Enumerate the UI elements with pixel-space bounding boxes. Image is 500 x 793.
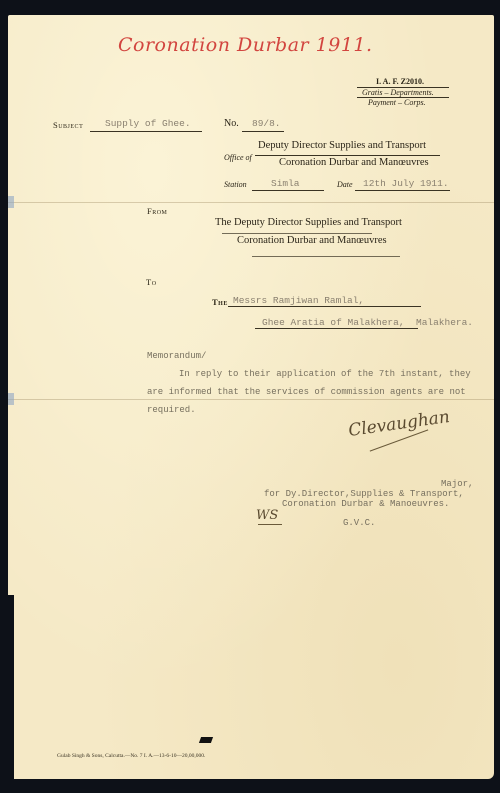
typist-reference: G.V.C. — [343, 518, 375, 528]
office-line1: Deputy Director Supplies and Transport — [258, 140, 426, 151]
form-payment-line: Payment – Corps. — [368, 98, 426, 107]
memo-line3: required. — [147, 405, 196, 415]
tape-mark — [8, 196, 14, 208]
memo-line2: are informed that the services of commis… — [147, 387, 466, 397]
printer-imprint: Gulab Singh & Sons, Calcutta.—No. 7 I. A… — [57, 753, 205, 759]
initials-underline — [258, 524, 282, 525]
tape-mark — [8, 393, 14, 405]
to-label: To — [146, 277, 157, 287]
from-line1: The Deputy Director Supplies and Transpo… — [215, 217, 402, 228]
date-value: 12th July 1911. — [363, 178, 449, 189]
to-line2-place: Malakhera. — [416, 317, 473, 328]
memo-heading: Memorandum/ — [147, 351, 206, 361]
from-label: From — [147, 206, 167, 216]
office-label: Office of — [224, 153, 252, 162]
station-value: Simla — [271, 178, 300, 189]
office-underline — [255, 155, 440, 156]
station-underline — [252, 190, 324, 191]
station-label: Station — [224, 180, 247, 189]
form-code: I. A. F. Z2010. — [376, 77, 424, 86]
to-underline — [228, 306, 421, 307]
subject-value: Supply of Ghee. — [105, 118, 191, 129]
to-line2: Ghee Aratia of Malakhera, — [262, 317, 405, 328]
signatory-line2: Coronation Durbar & Manoeuvres. — [282, 499, 449, 509]
signatory-line1: for Dy.Director,Supplies & Transport, — [264, 489, 464, 499]
divider — [222, 233, 372, 234]
torn-edge — [8, 595, 14, 780]
ink-blot — [199, 737, 213, 743]
document-heading: Coronation Durbar 1911. — [118, 34, 373, 56]
number-value: 89/8. — [252, 118, 281, 129]
fold-line — [8, 202, 494, 203]
handwritten-initials: WS — [256, 508, 278, 523]
date-label: Date — [337, 180, 353, 189]
number-underline — [242, 131, 284, 132]
subject-label: Subject — [53, 120, 83, 130]
office-line2: Coronation Durbar and Manœuvres — [279, 157, 429, 168]
from-line2: Coronation Durbar and Manœuvres — [237, 235, 387, 246]
divider — [252, 256, 400, 257]
fold-line — [8, 399, 494, 400]
memo-line1: In reply to their application of the 7th… — [179, 369, 471, 379]
form-gratis-line: Gratis – Departments. — [362, 88, 434, 97]
to-line1: Messrs Ramjiwan Ramlal, — [233, 295, 364, 306]
to-prefix: The — [212, 297, 228, 307]
to-underline — [255, 328, 418, 329]
number-label: No. — [224, 118, 239, 129]
date-underline — [355, 190, 450, 191]
subject-underline — [90, 131, 202, 132]
signatory-rank: Major, — [441, 479, 473, 489]
